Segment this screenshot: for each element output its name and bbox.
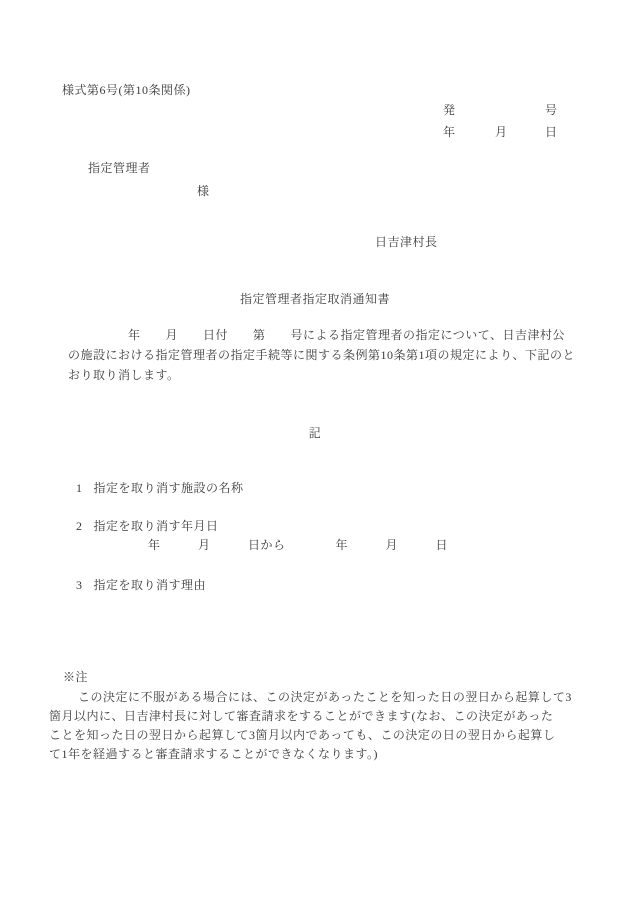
body-paragraph-line2: の施設における指定管理者の指定手続等に関する条例第10条第1項の規定により、下記… (68, 348, 575, 363)
date-month-label: 月 (495, 125, 508, 140)
list-item-cancellation-reason: 3指定を取り消す理由 (76, 578, 206, 593)
note-line4: て1年を経過すると審査請求することができなくなります。) (49, 747, 378, 762)
document-page: 様式第6号(第10条関係) 発 号 年 月 日 指定管理者 様 日吉津村長 指定… (0, 0, 630, 915)
date-day-label: 日 (545, 125, 558, 140)
note-line1: この決定に不服がある場合には、この決定があったことを知った日の翌日から起算して3 (78, 690, 572, 705)
list-item-cancellation-date: 2指定を取り消す年月日 (76, 519, 219, 534)
item-number: 2 (76, 519, 83, 534)
body-paragraph-line3: おり取り消します。 (68, 368, 180, 383)
addressee-role: 指定管理者 (88, 161, 151, 176)
date-year-label: 年 (443, 125, 456, 140)
cancellation-period-blank-line: 年 月 日から 年 月 日 (148, 538, 448, 553)
form-number: 様式第6号(第10条関係) (62, 83, 191, 98)
note-heading: ※注 (63, 670, 88, 685)
list-item-facility-name: 1指定を取り消す施設の名称 (76, 481, 244, 496)
sender-name: 日吉津村長 (375, 235, 438, 250)
item-number: 1 (76, 481, 83, 496)
note-line3: ことを知った日の翌日から起算して3箇月以内であっても、この決定の日の翌日から起算… (49, 728, 555, 743)
issue-number-unit-label: 号 (545, 103, 558, 118)
item-label: 指定を取り消す年月日 (94, 519, 219, 533)
issue-number-prefix-label: 発 (443, 103, 456, 118)
document-title: 指定管理者指定取消通知書 (0, 292, 630, 307)
body-paragraph-line1: 年 月 日付 第 号による指定管理者の指定について、日吉津村公 (128, 328, 565, 343)
note-line2: 箇月以内に、日吉津村長に対して審査請求をすることができます(なお、この決定があっ… (49, 709, 553, 724)
addressee-honorific: 様 (197, 184, 210, 199)
item-number: 3 (76, 578, 83, 593)
ki-section-marker: 記 (0, 426, 630, 441)
item-label: 指定を取り消す理由 (94, 578, 207, 592)
item-label: 指定を取り消す施設の名称 (94, 481, 244, 495)
